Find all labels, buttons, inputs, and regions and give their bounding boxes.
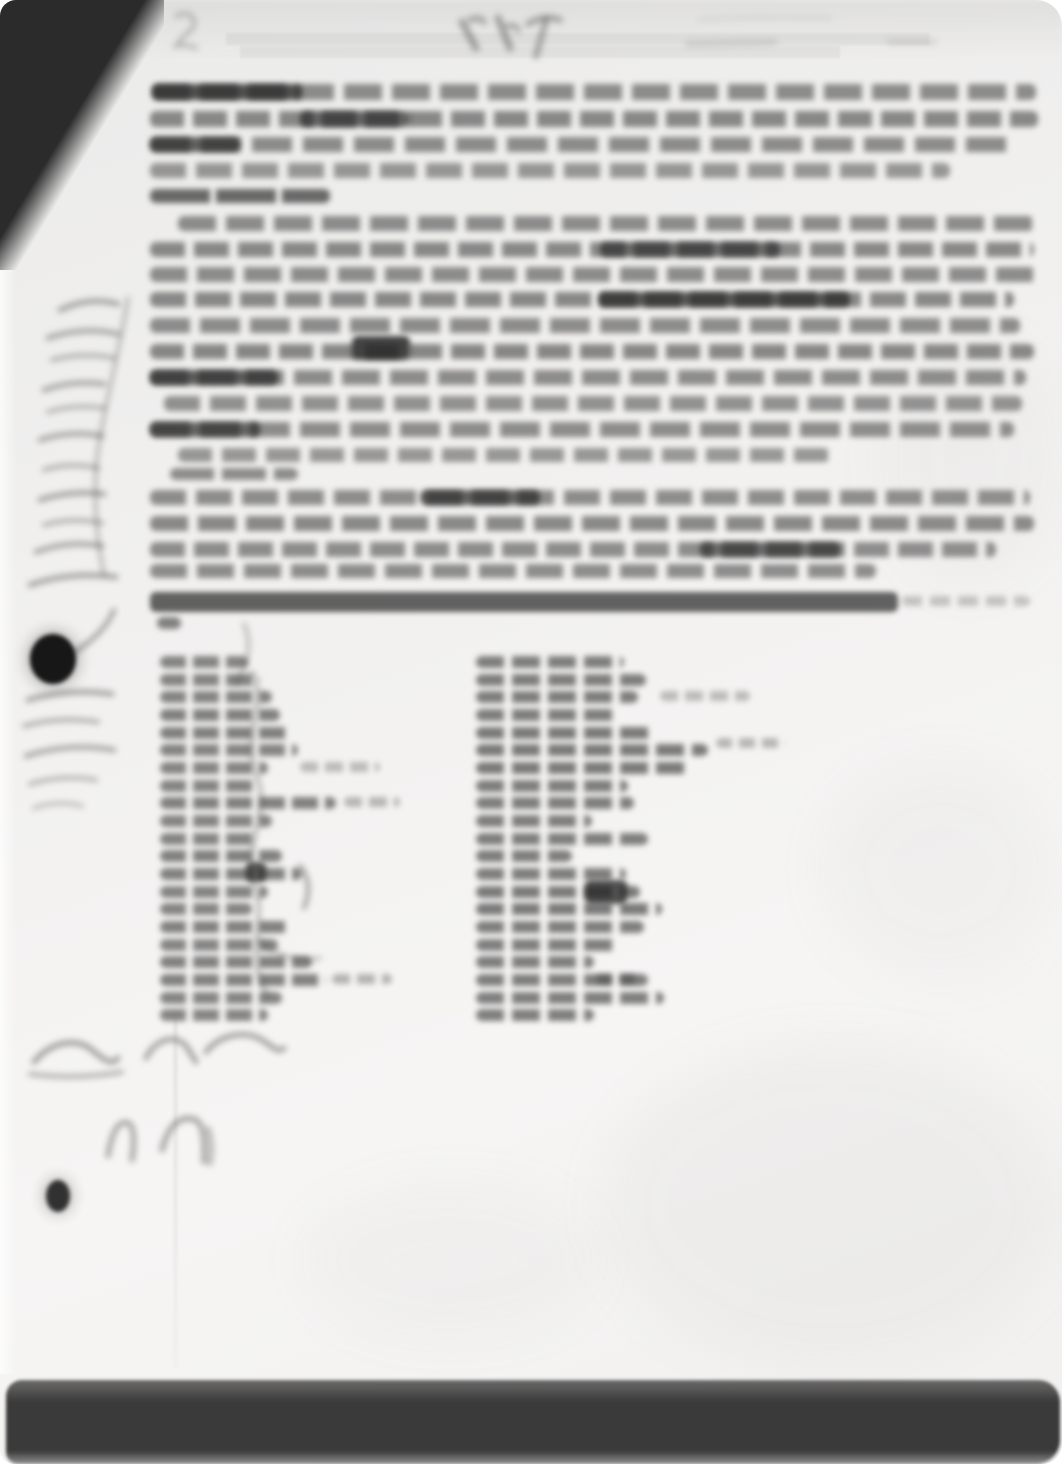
blurred-list-entry (160, 833, 256, 845)
blurred-list-entry (476, 674, 646, 686)
handwritten-stroke (108, 1122, 134, 1160)
blurred-dense-line (150, 592, 898, 612)
handwritten-stroke (44, 520, 102, 525)
ink-blot (30, 634, 76, 684)
blurred-typed-line (150, 292, 1014, 307)
paper-smudge (300, 1180, 600, 1340)
blurred-list-entry (160, 656, 248, 668)
blurred-list-entry (476, 903, 662, 915)
handwritten-stroke (26, 747, 114, 756)
scan-hairline (226, 33, 930, 45)
blurred-typed-line (150, 542, 996, 557)
blurred-list-entry (585, 880, 627, 904)
handwritten-stroke (48, 407, 104, 412)
blurred-list-entry (596, 974, 642, 984)
blurred-typed-line (150, 370, 278, 385)
handwritten-stroke (60, 301, 118, 310)
blurred-list-entry (160, 886, 268, 898)
bottom-scan-bar (6, 1380, 1060, 1464)
blurred-typed-line (150, 163, 950, 178)
handwritten-stroke (30, 1072, 122, 1077)
ink-blot (46, 1180, 70, 1212)
blurred-list-entry (476, 744, 708, 756)
handwritten-stroke (48, 331, 118, 338)
handwritten-stroke (34, 1043, 118, 1062)
blurred-typed-line (152, 84, 302, 100)
blurred-list-entry (476, 656, 624, 668)
handwritten-stroke (44, 383, 104, 390)
handwritten-stroke (40, 493, 104, 500)
blurred-typed-line (420, 490, 540, 505)
handwritten-stroke (95, 298, 128, 575)
handwritten-stroke (28, 692, 112, 700)
handwritten-stroke (208, 1128, 212, 1164)
blurred-list-entry (160, 850, 282, 862)
blurred-dense-line (157, 617, 181, 629)
paper-smudge (600, 1040, 1060, 1370)
blurred-list-entry (476, 797, 634, 809)
blurred-list-entry (160, 797, 336, 809)
handwritten-stroke (30, 778, 96, 784)
blurred-list-entry (476, 956, 594, 968)
blurred-list-entry (160, 974, 326, 986)
blurred-typed-line (150, 137, 1012, 152)
blurred-typed-line (150, 111, 1038, 127)
blurred-list-entry (160, 921, 290, 933)
handwritten-stroke (34, 803, 82, 808)
blurred-typed-line (700, 542, 840, 557)
blurred-list-entry (160, 762, 268, 774)
blurred-typed-line (598, 292, 850, 307)
paper-smudge (880, 330, 1060, 590)
blurred-list-entry (160, 992, 282, 1004)
blurred-list-entry (160, 691, 272, 703)
blurred-typed-line (170, 468, 298, 480)
blurred-list-entry (246, 862, 266, 882)
blurred-list-entry (476, 868, 626, 880)
blurred-list-entry (160, 780, 256, 792)
page-left-edge-highlight (0, 240, 16, 1374)
blurred-typed-line (352, 336, 410, 360)
blurred-list-entry (160, 709, 280, 721)
blurred-typed-line (150, 137, 240, 152)
blurred-typed-line (150, 242, 1034, 257)
blurred-typed-line (150, 422, 260, 437)
handwritten-stroke (162, 1118, 204, 1162)
blurred-typed-line (178, 216, 1034, 231)
blurred-list-entry (160, 939, 278, 951)
blurred-list-entry (160, 674, 260, 686)
blurred-list-entry (476, 939, 618, 951)
handwritten-stroke (40, 434, 102, 440)
paper-smudge (820, 760, 1060, 980)
blurred-list-entry (476, 780, 628, 792)
blurred-list-entry (160, 868, 302, 880)
blurred-list-entry (160, 744, 298, 756)
blurred-typed-line (150, 189, 330, 203)
handwritten-stroke (52, 355, 114, 360)
blurred-typed-line (150, 267, 1036, 282)
blurred-list-entry (476, 691, 638, 703)
blurred-list-entry (332, 974, 392, 984)
blurred-dense-line (902, 596, 1030, 606)
blurred-list-entry (476, 815, 592, 827)
blurred-typed-line (300, 111, 410, 127)
blurred-list-entry (160, 903, 252, 915)
blurred-list-entry (300, 762, 380, 772)
blurred-typed-line (150, 564, 876, 578)
blurred-list-entry (476, 709, 616, 721)
blurred-typed-line (150, 318, 1020, 333)
handwritten-stroke (24, 720, 98, 726)
scanned-page (0, 0, 1062, 1464)
corner-shadow-triangle (0, 0, 164, 270)
blurred-list-entry (160, 956, 312, 968)
blurred-list-entry (476, 1009, 594, 1021)
handwritten-stroke (44, 465, 98, 470)
blurred-list-entry (476, 727, 654, 739)
handwritten-stroke (36, 544, 102, 552)
blurred-typed-line (600, 242, 780, 257)
blurred-typed-line (150, 344, 1034, 359)
handwritten-stroke (206, 1035, 284, 1052)
handwritten-stroke (146, 1039, 196, 1062)
blurred-list-entry (160, 815, 272, 827)
handwritten-stroke (75, 610, 114, 652)
blurred-list-entry (476, 833, 648, 845)
scan-hairline (240, 46, 840, 58)
paper-crease-line (174, 1012, 177, 1368)
blurred-list-entry (344, 797, 400, 807)
blurred-list-entry (716, 738, 786, 748)
blurred-typed-line (150, 370, 1026, 385)
blurred-typed-line (178, 448, 830, 462)
scanned-document-screenshot (0, 0, 1062, 1464)
handwritten-stroke (30, 575, 116, 585)
blurred-list-entry (476, 762, 688, 774)
blurred-list-entry (476, 850, 572, 862)
blurred-list-entry (476, 921, 644, 933)
blurred-list-entry (160, 727, 292, 739)
blurred-list-entry (476, 992, 664, 1004)
blurred-list-entry (660, 691, 750, 701)
